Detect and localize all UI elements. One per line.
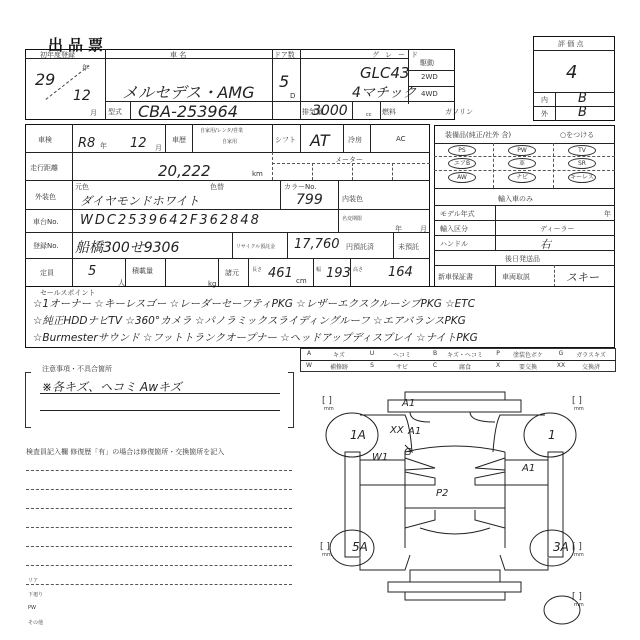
tire-unit-label: mm [574, 602, 584, 608]
equipment-item[interactable]: キーレス [568, 172, 596, 183]
registration-label: 初年度登録 [40, 50, 75, 60]
car-name: メルセデス・AMG [122, 80, 255, 103]
length-value: 461 [268, 266, 293, 281]
tire-depth: 1 [548, 428, 556, 442]
fuel-value: ガソリン [445, 107, 473, 117]
model-code: CBA-253964 [138, 102, 238, 121]
inspection-month: 12 [130, 136, 147, 151]
tire-depth: 3A [553, 540, 569, 554]
manual-value: スキー [566, 269, 599, 285]
mileage-value: 20,222 [158, 162, 211, 180]
legend-code: G [555, 350, 567, 357]
tire-depth: 1A [350, 428, 366, 442]
score-value: 4 [566, 62, 577, 83]
tire-unit-label: mm [574, 406, 584, 412]
footer-label: 下廻り [28, 591, 43, 598]
legend-code: U [366, 350, 378, 357]
grade-label: グレード [372, 50, 424, 60]
legend-code: S [366, 362, 378, 369]
registration-year: 29 [35, 70, 55, 89]
tire-unit-label: mm [324, 406, 334, 412]
import-type: ディーラー [540, 224, 574, 234]
damage-mark: A1 [522, 463, 535, 474]
recycle-status: 未預託 [398, 242, 419, 252]
capacity-value: 5 [88, 264, 96, 279]
legend-desc: ヘコミ [379, 350, 425, 359]
equipment-item[interactable]: PW [508, 145, 536, 156]
legend-code: W [303, 362, 315, 369]
legend-desc: ガラスキズ [568, 350, 614, 359]
ac-value: AC [396, 135, 406, 143]
registration-month: 12 [73, 88, 91, 104]
history-value: 自家用 [222, 138, 237, 145]
legend-code: XX [555, 362, 567, 369]
score-interior: B [578, 91, 587, 106]
grade-line1: GLC43 [360, 64, 410, 82]
legend-code: B [429, 350, 441, 357]
damage-mark: XX [390, 425, 404, 436]
equipment-item[interactable]: TV [568, 145, 596, 156]
legend-code: C [429, 362, 441, 369]
legend-code: P [492, 350, 504, 357]
equipment-item[interactable]: PS [448, 145, 476, 156]
shift-value: AT [310, 131, 330, 150]
footer-label: その他 [28, 619, 43, 626]
damage-mark: G [404, 447, 412, 458]
vin-value: WDC2539642F362848 [80, 213, 261, 228]
sales-point-line: ☆1オーナー ☆キーレスゴー ☆レーダーセーフティPKG ☆レザーエクスクルーシ… [33, 296, 475, 311]
footer-label: リア [28, 577, 38, 584]
tire-unit: [ ] [322, 396, 332, 406]
handle-value: 右 [540, 236, 551, 252]
tire-unit: [ ] [572, 396, 582, 406]
grade-line2: 4マチック [352, 82, 417, 102]
width-value: 193 [326, 266, 351, 281]
inspection-value: R8 [78, 136, 95, 151]
tire-unit-label: mm [322, 552, 332, 558]
tire-depth: 5A [352, 540, 368, 554]
damage-mark: W1 [372, 452, 388, 463]
legend-code: X [492, 362, 504, 369]
tire-unit-label: mm [574, 552, 584, 558]
equipment-item[interactable]: AW [448, 172, 476, 183]
damage-mark: A1 [408, 426, 421, 437]
legend-desc: キズ [316, 350, 362, 359]
score-exterior: B [578, 105, 587, 120]
equipment-item[interactable]: エアB [448, 158, 476, 169]
doors-value: 5 [279, 72, 289, 91]
sales-point-line: ☆Burmesterサウンド ☆フットトランクオープナー ☆ヘッドアップディスプ… [33, 330, 478, 345]
footer-label: PW [28, 605, 36, 611]
car-name-label: 車 名 [170, 50, 186, 60]
equipment-item[interactable]: SR [568, 158, 596, 169]
legend-desc: 塗装色ボケ [505, 350, 551, 359]
tire-unit: [ ] [572, 542, 582, 552]
displacement-value: 3000 [312, 103, 348, 119]
sales-point-line: ☆純正HDDナビTV ☆360°カメラ ☆パノラミックスライディングルーフ ☆エ… [33, 313, 466, 328]
plate-value: 船橋300せ9306 [75, 237, 179, 257]
legend-desc: キズ・ヘコミ [442, 350, 488, 359]
damage-mark: A1 [402, 398, 415, 409]
car-diagram [300, 370, 640, 640]
color-value: ダイヤモンドホワイト [80, 192, 199, 209]
height-value: 164 [388, 265, 413, 280]
recycle-value: 17,760 [294, 237, 340, 252]
equipment-item[interactable]: ナビ [508, 172, 536, 183]
tire-unit: [ ] [320, 542, 330, 552]
color-no: 799 [296, 192, 323, 208]
equipment-item[interactable]: 革 [508, 158, 536, 169]
damage-mark: P2 [436, 488, 448, 499]
tire-unit: [ ] [572, 592, 582, 602]
legend-code: A [303, 350, 315, 357]
